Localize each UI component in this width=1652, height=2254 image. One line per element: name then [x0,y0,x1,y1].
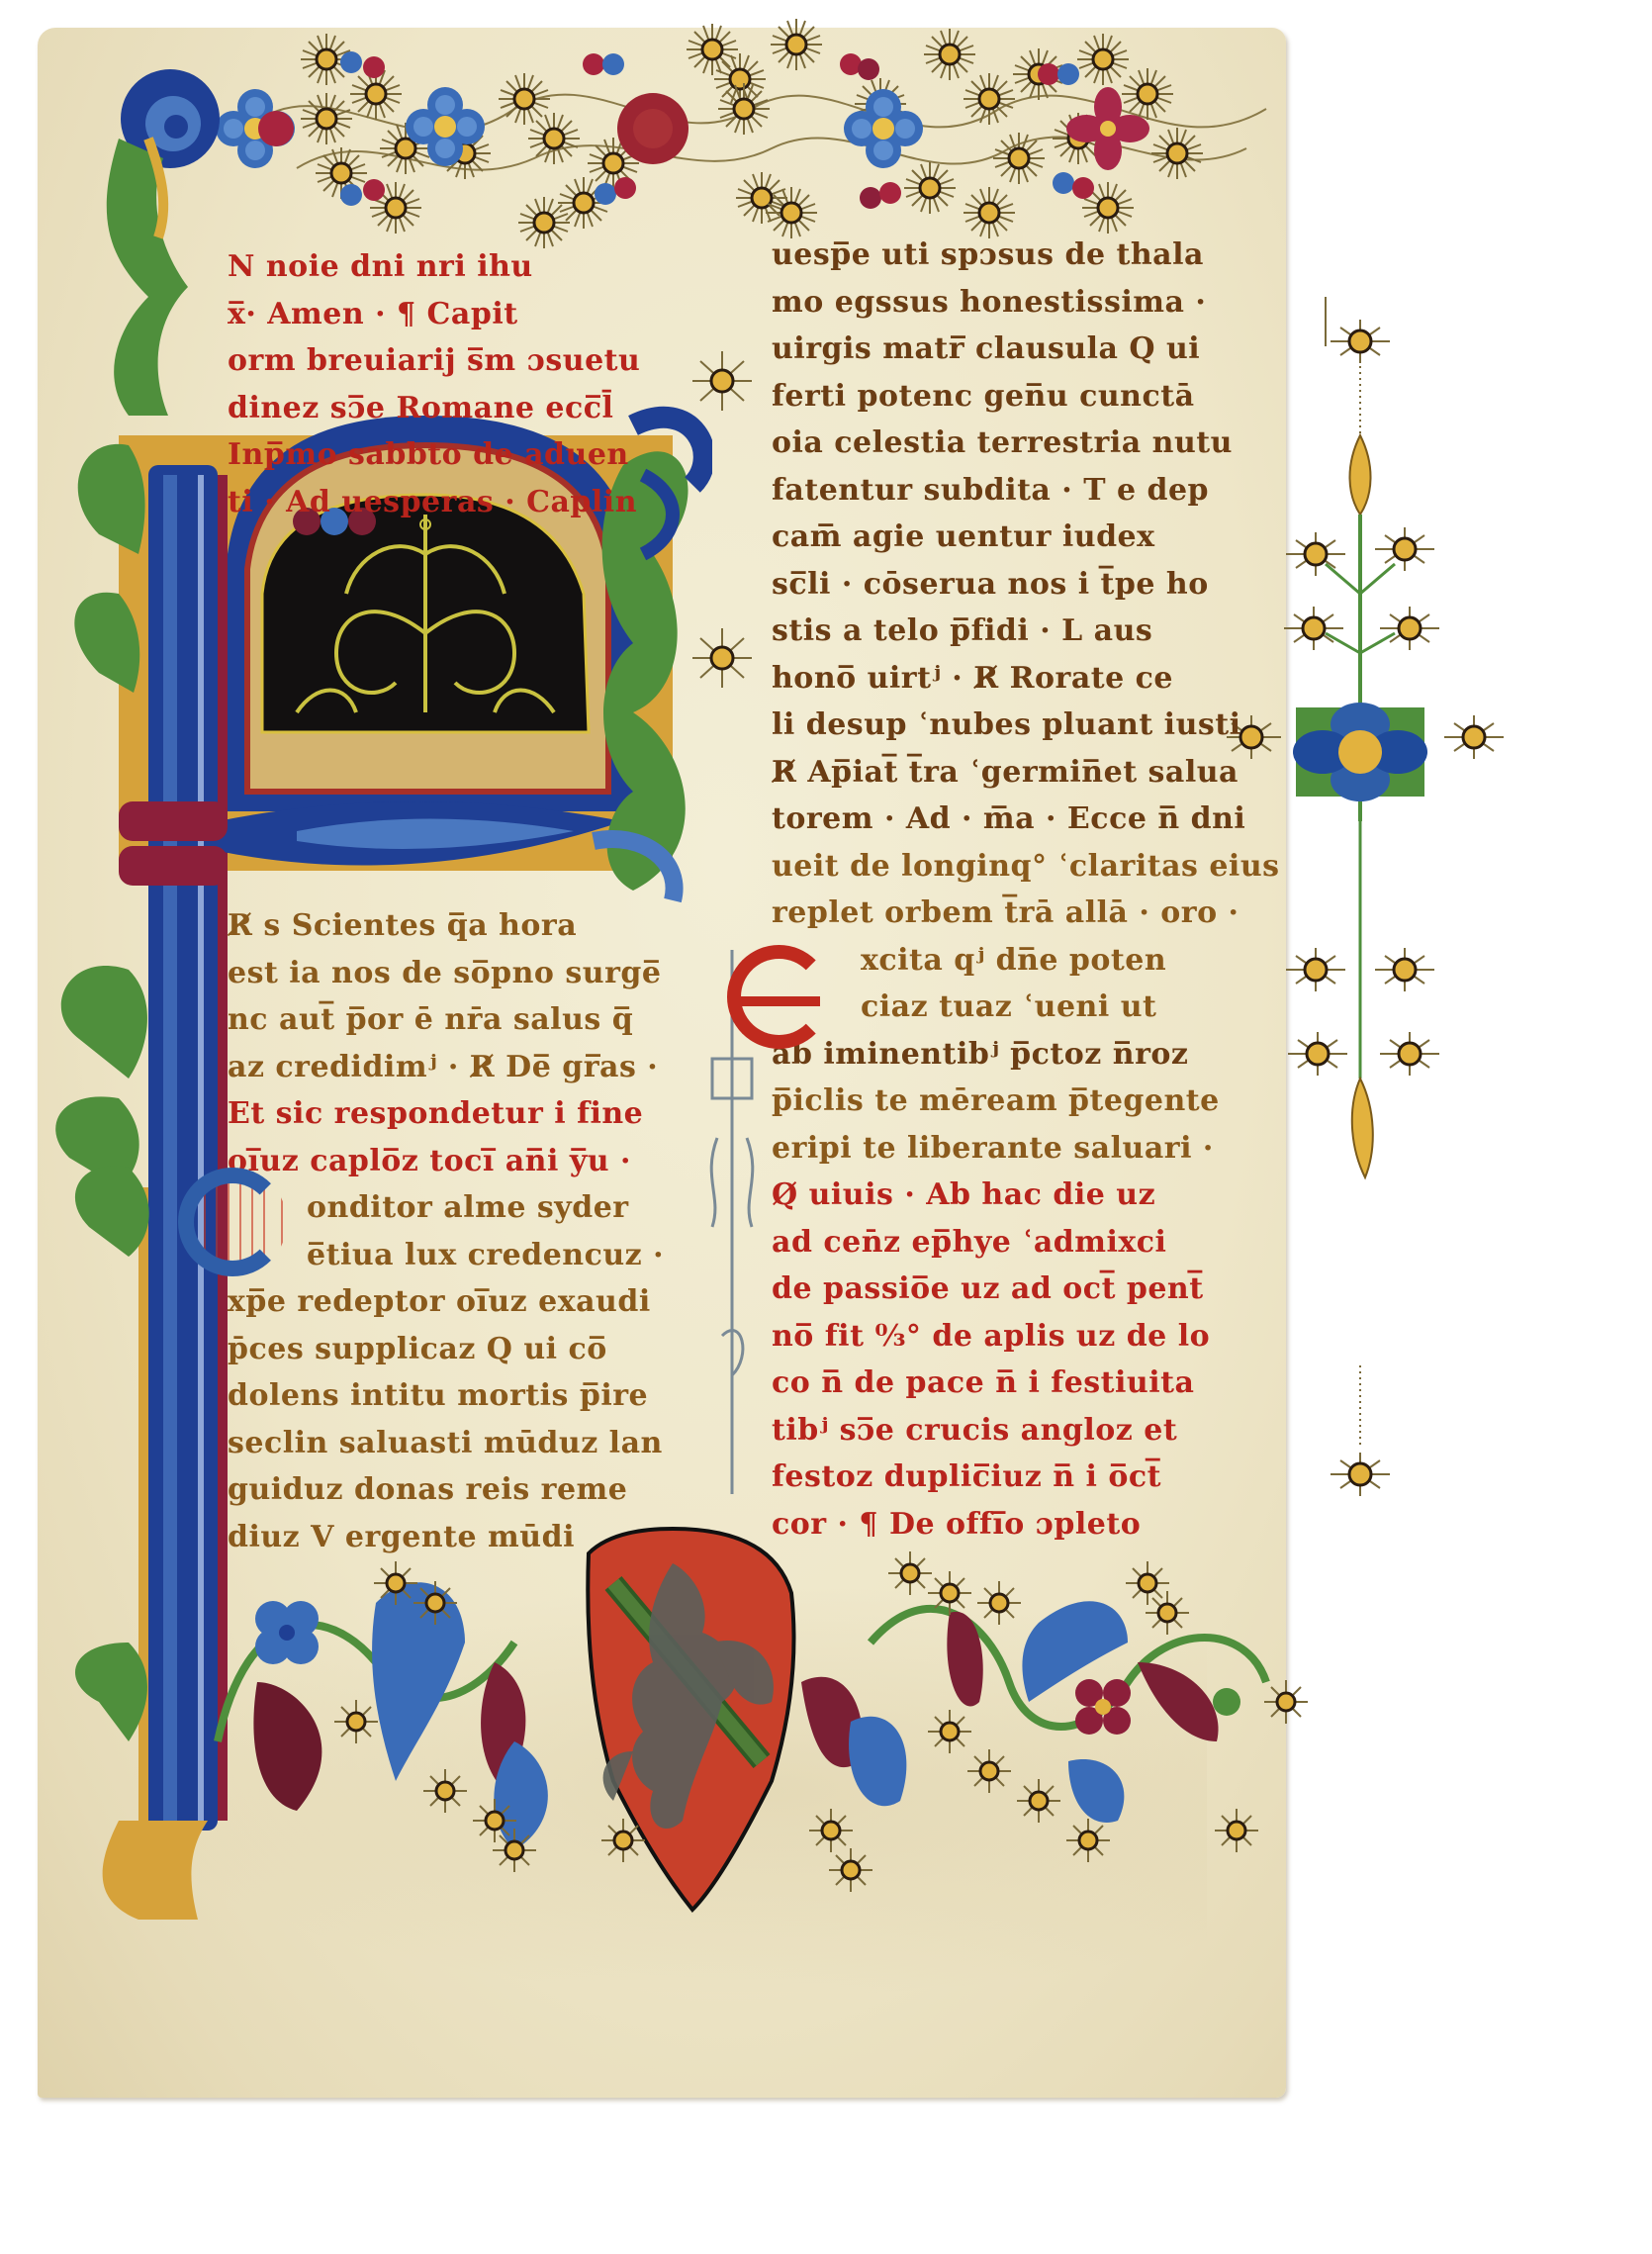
text-line: xp̅e redeptor oi̅uz exaudi [228,1278,692,1326]
text-line: az credidimʲ · R̸ De̅ gr̅as · [228,1044,692,1091]
right-column-body: uesp̅e uti spɔsus de thala mo egssus hon… [772,232,1266,1548]
text-line-content: e̅tiua lux credencuz · [307,1238,664,1272]
text-line: ciaz tuaz ʿueni ut [772,984,1266,1031]
text-line-content: onditor alme syder [307,1190,629,1225]
text-line: mo egssus honestissima · [772,279,1266,327]
text-line: e̅tiua lux credencuz · [228,1232,692,1279]
text-line: fatentur subdita · T e dep [772,467,1266,515]
text-line: uesp̅e uti spɔsus de thala [772,232,1266,279]
text-line: hono̅ uirtʲ · R̸ Rorate ce [772,655,1266,703]
text-line: oi̅uz caplo̅z toci̅ an̅i y̅u · [228,1138,692,1185]
blue-quatrefoil-flower-icon [1293,703,1427,801]
text-line: ab iminentibʲ p̅ctoz n̅roz [772,1031,1266,1079]
text-line: Q̸ uiuis · Ab hac die uz [772,1172,1266,1219]
text-line: ferti potenc gen̅u cunctā [772,373,1266,421]
text-line: ueit de longinq° ʿclaritas eius [772,843,1266,891]
text-line: p̄ces supplicaz Q ui co̅ [228,1326,692,1373]
text-line: li desup ʿnubes pluant iusti [772,702,1266,749]
text-line: uirgis matr̅ clausula Q ui [772,326,1266,373]
text-line: replet orbem t̅rā allā · oro · [772,890,1266,937]
initial-c-blue [178,1168,287,1276]
crimson-rosette-icon [1075,1679,1131,1735]
text-line: onditor alme syder [228,1184,692,1232]
text-line: co n̅ de pace n̅ i festiuita [772,1360,1266,1407]
text-line: cam̅ agie uentur iudex [772,514,1266,561]
text-line: nc aut̅ p̅or ē nr̄a salus q̅ [228,996,692,1044]
rubric-line: ti · Ad uesperas · Caplin [228,479,692,526]
text-line: torem · Ad · m̅a · Ecce n̅ dni [772,796,1266,843]
rubric-line: Inp̅mo sabbto de aduen [228,431,692,479]
text-line: Et sic respondetur i fine [228,1090,692,1138]
heraldic-shield [588,1529,793,1910]
text-line: diuz V ergente mūdi [228,1514,692,1561]
text-line: R̸ Ap̅iat̅ t̅ra ʿgermin̅et salua [772,749,1266,797]
right-floral-spray [1227,0,1523,1583]
rubric-line: orm breuiarij s̅m ɔsuetu [228,337,692,385]
text-line: stis a telo p̅fidi · L aus [772,608,1266,655]
text-line: est ia nos de so̅pno surge̅ [228,950,692,997]
rubric-line: x̅· Amen · ¶ Capit [228,291,692,338]
text-line: festoz duplic̅iuz n̅ i o̅ct̅ [772,1454,1266,1501]
text-line: cor · ¶ De offi̅o ɔpleto [772,1501,1266,1549]
text-line: guiduz donas reis reme [228,1466,692,1514]
blue-flower-icon [255,1601,319,1664]
text-line: xcita qʲ dn̅e poten [772,937,1266,985]
left-column-rubric: N noie dni nri ihu x̅· Amen · ¶ Capit or… [228,243,692,525]
rubric-line: N noie dni nri ihu [228,243,692,291]
text-line: tibʲ sɔ̅e crucis angloz et [772,1407,1266,1455]
text-line-content: xcita qʲ dn̅e poten [861,943,1166,978]
text-line: dolens intitu mortis p̅ire [228,1372,692,1420]
rubric-line: dinez sɔ̅e Romane ecc̅l̄ [228,385,692,432]
text-line: R̸ s Scientes q̅a hora [228,902,692,950]
text-line: no̅ fit ↉° de aplis uz de lo [772,1313,1266,1361]
left-column-body: R̸ s Scientes q̅a hora est ia nos de so̅… [228,902,692,1560]
text-line: seclin saluasti mūduz lan [228,1420,692,1467]
text-line: sc̅li · cōserua nos i t̅pe ho [772,561,1266,609]
text-line: p̅iclis te mēream p̅tegente [772,1078,1266,1125]
text-line-content: ciaz tuaz ʿueni ut [861,989,1156,1024]
text-line: ad cen̄z ep̅hye ʿadmixci [772,1219,1266,1267]
text-line: oia celestia terrestria nutu [772,420,1266,467]
text-line: de passio̅e uz ad oct̅ pent̅ [772,1266,1266,1313]
text-line: eripi te liberante saluari · [772,1125,1266,1173]
initial-e-red [727,945,831,1049]
